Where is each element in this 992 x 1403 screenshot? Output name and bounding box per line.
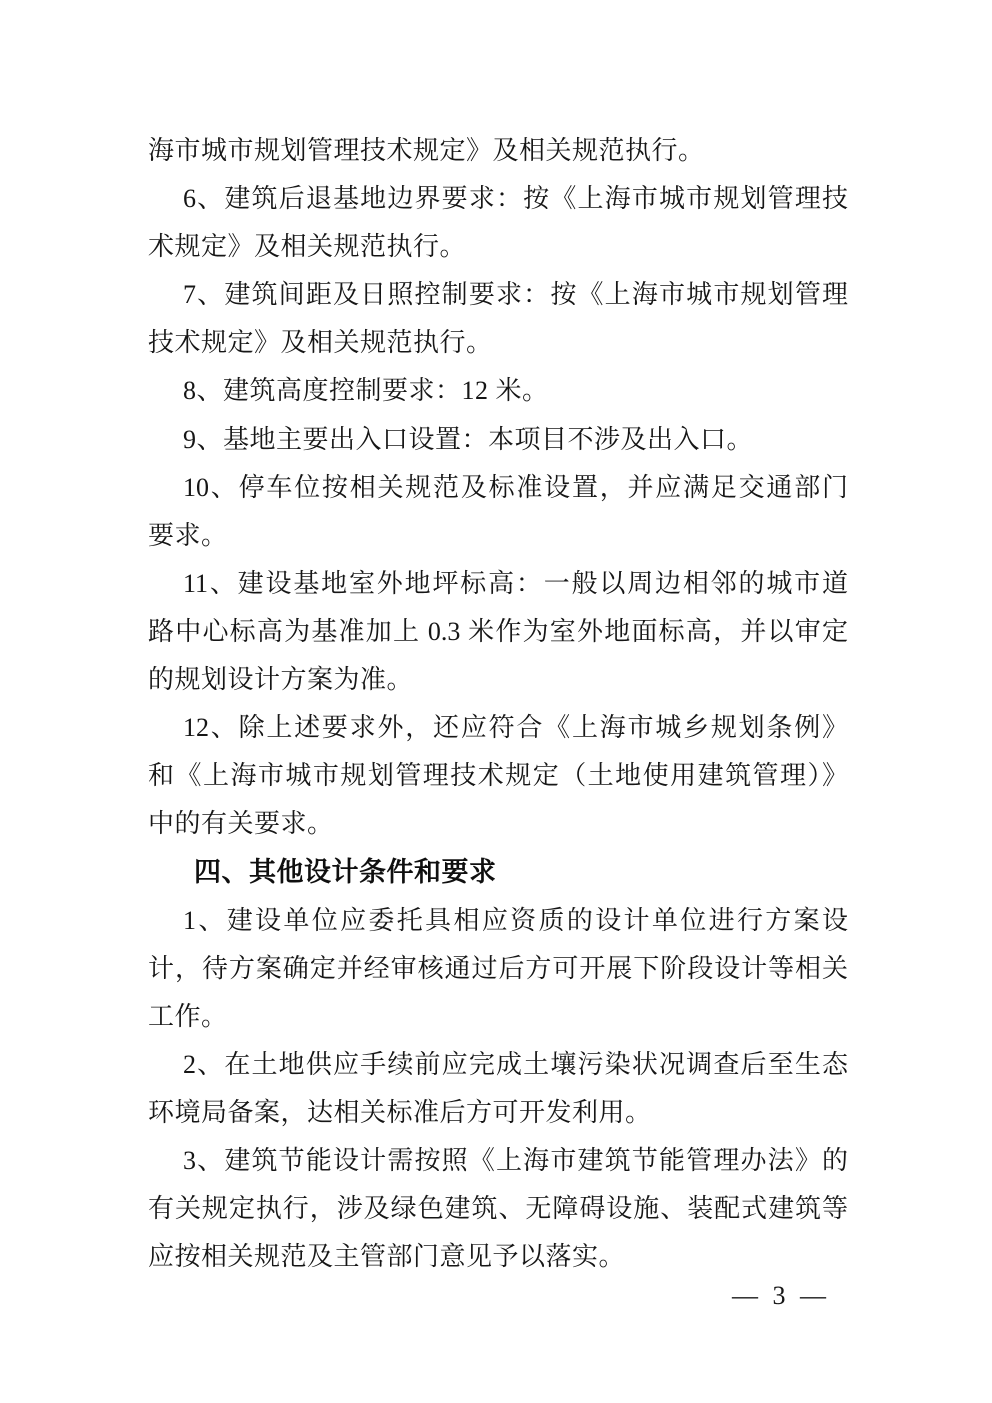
text-line: 9、基地主要出入口设置：本项目不涉及出入口。: [148, 416, 848, 464]
text-line: 12、除上述要求外，还应符合《上海市城乡规划条例》: [148, 704, 848, 752]
text-line: 的规划设计方案为准。: [148, 656, 848, 704]
text-line: 有关规定执行，涉及绿色建筑、无障碍设施、装配式建筑等: [148, 1185, 848, 1233]
text-line: 11、建设基地室外地坪标高：一般以周边相邻的城市道: [148, 560, 848, 608]
text-line: 要求。: [148, 512, 848, 560]
document-page: 海市城市规划管理技术规定》及相关规范执行。6、建筑后退基地边界要求：按《上海市城…: [0, 0, 992, 1403]
text-line: 6、建筑后退基地边界要求：按《上海市城市规划管理技: [148, 175, 848, 223]
text-line: 1、建设单位应委托具相应资质的设计单位进行方案设: [148, 897, 848, 945]
text-line: 计，待方案确定并经审核通过后方可开展下阶段设计等相关: [148, 945, 848, 993]
section-heading: 四、其他设计条件和要求: [148, 848, 848, 896]
text-line: 海市城市规划管理技术规定》及相关规范执行。: [148, 127, 848, 175]
text-line: 3、建筑节能设计需按照《上海市建筑节能管理办法》的: [148, 1137, 848, 1185]
text-line: 中的有关要求。: [148, 800, 848, 848]
page-number: — 3 —: [732, 1281, 827, 1311]
text-line: 技术规定》及相关规范执行。: [148, 319, 848, 367]
text-line: 术规定》及相关规范执行。: [148, 223, 848, 271]
text-line: 工作。: [148, 993, 848, 1041]
text-line: 路中心标高为基准加上 0.3 米作为室外地面标高，并以审定: [148, 608, 848, 656]
text-line: 7、建筑间距及日照控制要求：按《上海市城市规划管理: [148, 271, 848, 319]
text-line: 10、停车位按相关规范及标准设置，并应满足交通部门: [148, 464, 848, 512]
text-line: 8、建筑高度控制要求：12 米。: [148, 367, 848, 415]
text-line: 环境局备案，达相关标准后方可开发利用。: [148, 1089, 848, 1137]
text-line: 2、在土地供应手续前应完成土壤污染状况调查后至生态: [148, 1041, 848, 1089]
text-line: 和《上海市城市规划管理技术规定（土地使用建筑管理）》: [148, 752, 848, 800]
document-text-block: 海市城市规划管理技术规定》及相关规范执行。6、建筑后退基地边界要求：按《上海市城…: [148, 127, 848, 1281]
text-line: 应按相关规范及主管部门意见予以落实。: [148, 1233, 848, 1281]
